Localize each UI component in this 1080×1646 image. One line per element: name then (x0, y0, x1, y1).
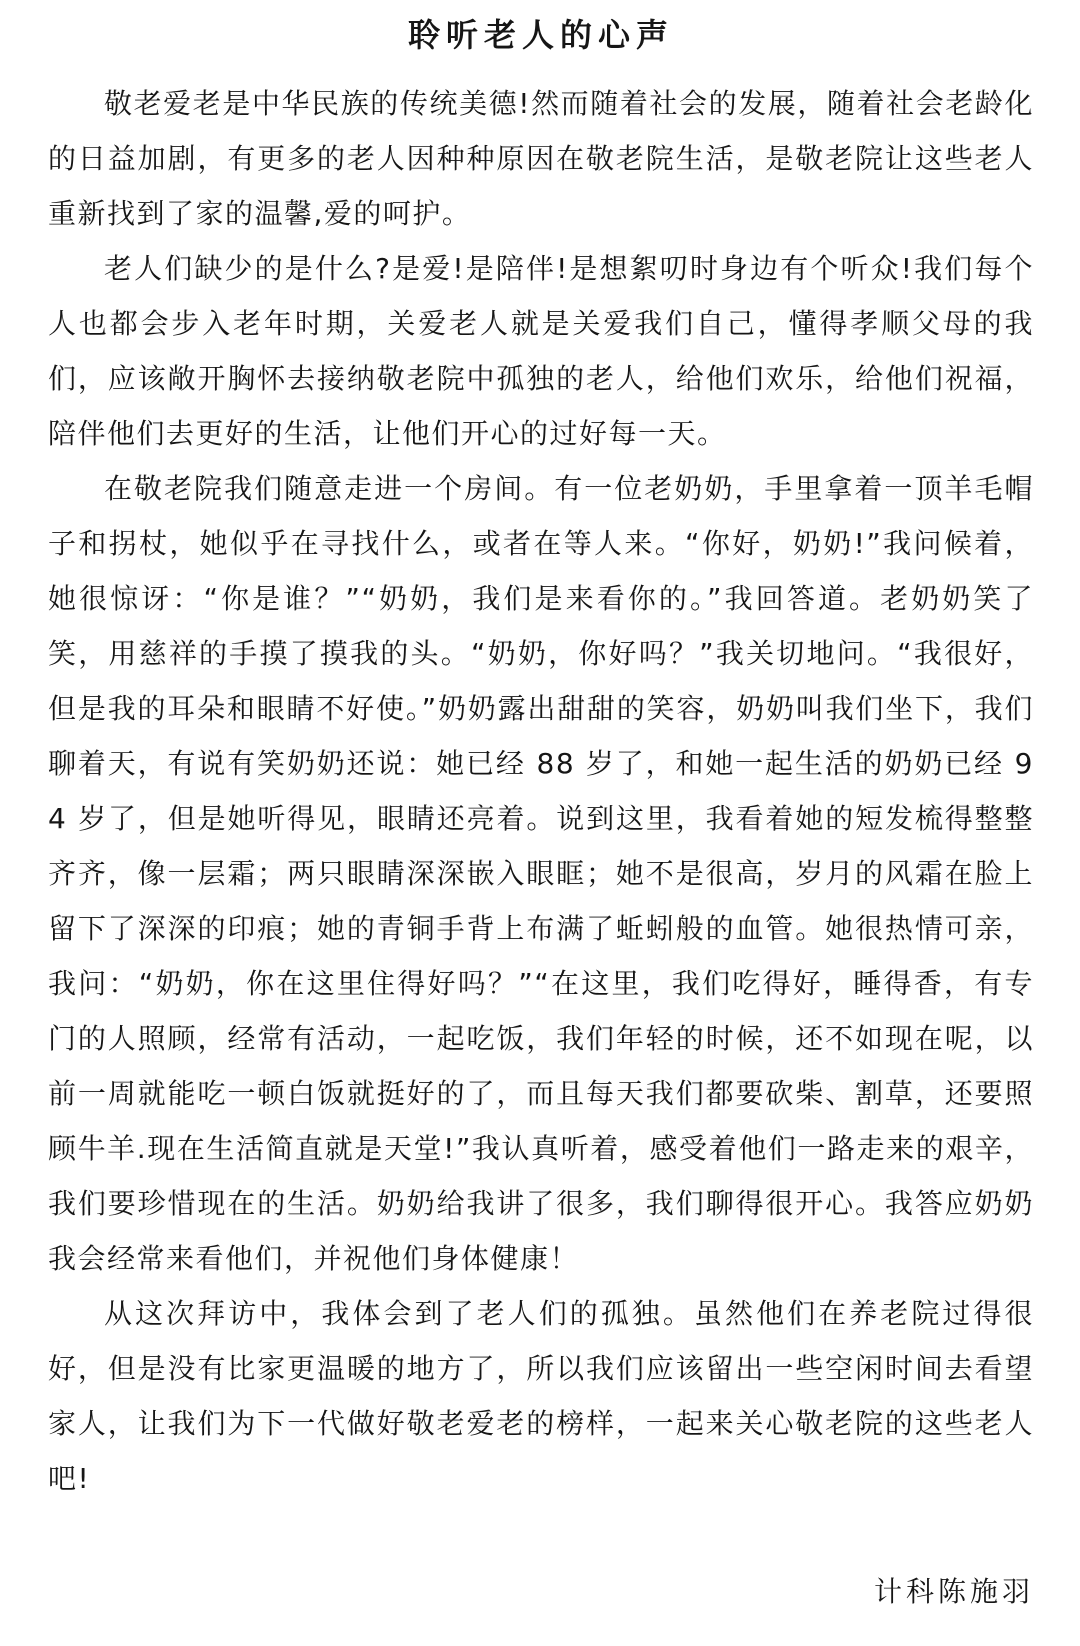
author-signature: 计科陈施羽 (48, 1564, 1034, 1619)
essay-paragraph-3: 在敬老院我们随意走进一个房间。有一位老奶奶，手里拿着一顶羊毛帽子和拐杖，她似乎在… (48, 461, 1034, 1286)
document-title: 聆听老人的心声 (48, 12, 1034, 58)
document-page: 聆听老人的心声 敬老爱老是中华民族的传统美德!然而随着社会的发展，随着社会老龄化… (0, 0, 1080, 1646)
essay-body: 敬老爱老是中华民族的传统美德!然而随着社会的发展，随着社会老龄化的日益加剧，有更… (48, 76, 1034, 1506)
essay-paragraph-2: 老人们缺少的是什么?是爱!是陪伴!是想絮叨时身边有个听众!我们每个人也都会步入老… (48, 241, 1034, 461)
essay-paragraph-4: 从这次拜访中，我体会到了老人们的孤独。虽然他们在养老院过得很好，但是没有比家更温… (48, 1286, 1034, 1506)
essay-paragraph-1: 敬老爱老是中华民族的传统美德!然而随着社会的发展，随着社会老龄化的日益加剧，有更… (48, 76, 1034, 241)
